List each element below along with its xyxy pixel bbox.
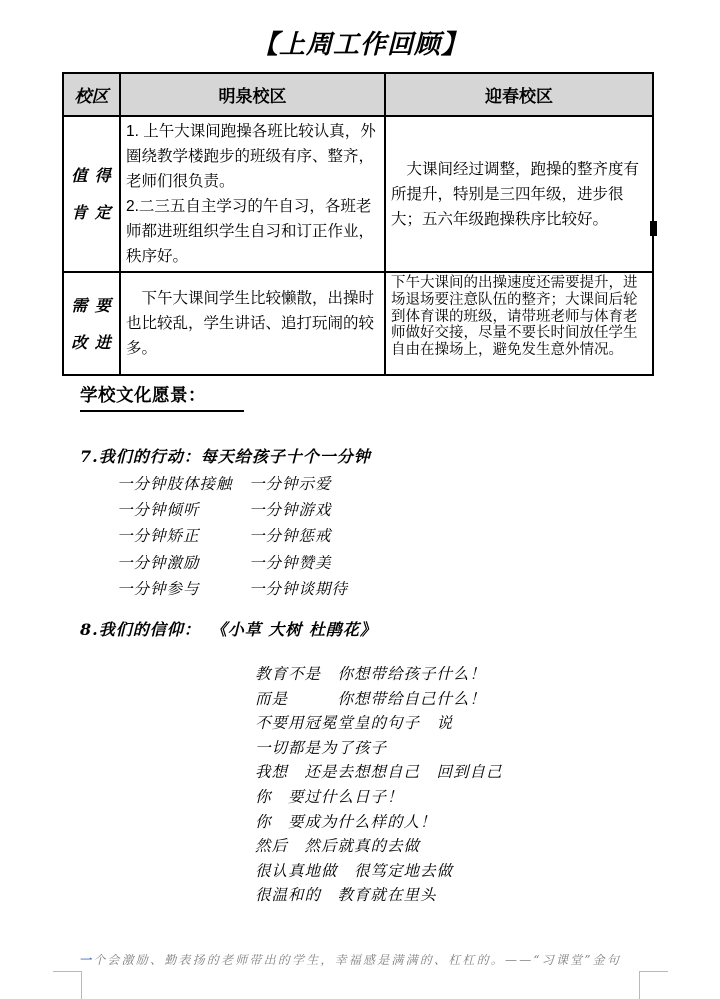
list-item: 一分钟参与 xyxy=(117,576,249,602)
list-item: 一分钟倾听 xyxy=(117,497,249,523)
row-label-line: 改 进 xyxy=(69,324,114,361)
poem-line: 然后 然后就真的去做 xyxy=(255,834,503,859)
header-mingquan-campus: 明泉校区 xyxy=(120,73,385,116)
list-item: 一分钟赞美 xyxy=(249,550,348,576)
poem-line: 不要用冠冕堂皇的句子 说 xyxy=(255,711,503,736)
list-item: 一分钟示爱 xyxy=(249,471,348,497)
poem-line: 很温和的 教育就在里头 xyxy=(255,883,503,908)
list-item: 一分钟游戏 xyxy=(249,497,348,523)
cell-mingquan-positive: 1. 上午大课间跑操各班比较认真，外圈绕教学楼跑步的班级有序、整齐，老师们很负责… xyxy=(120,116,385,272)
poem-line: 而是 你想带给自己什么！ xyxy=(255,687,503,712)
page-title: 【上周工作回顾】 xyxy=(0,28,720,62)
ten-minutes-list: 一分钟肢体接触 一分钟示爱 一分钟倾听 一分钟游戏 一分钟矫正 一分钟惩戒 一分… xyxy=(117,471,348,602)
belief-heading: 8.我们的信仰：《小草 大树 杜鹃花》 xyxy=(80,617,377,640)
document-page: 【上周工作回顾】 校区 明泉校区 迎春校区 值 得 肯 定 1. 上午大课间跑操… xyxy=(0,0,720,999)
review-table: 校区 明泉校区 迎春校区 值 得 肯 定 1. 上午大课间跑操各班比较认真，外圈… xyxy=(62,72,654,376)
list-item: 一分钟矫正 xyxy=(117,523,249,549)
page-margin-mark-left xyxy=(53,971,82,999)
row-label-worth-affirming: 值 得 肯 定 xyxy=(63,116,120,272)
poem-line: 你 要过什么日子！ xyxy=(255,785,503,810)
footer-quote-text: 个会激励、勤表扬的老师带出的学生，幸福感是满满的、杠杠的。——“习课堂”金句 xyxy=(93,953,621,967)
belief-book-title: 《小草 大树 杜鹃花》 xyxy=(219,620,377,639)
header-yingchun-campus: 迎春校区 xyxy=(385,73,653,116)
page-margin-mark-right xyxy=(639,971,668,999)
list-item: 一分钟谈期待 xyxy=(249,576,348,602)
cell-paragraph: 2.二三五自主学习的午自习，各班老师都进班组织学生自习和订正作业，秩序好。 xyxy=(126,194,379,269)
poem-line: 你 要成为什么样的人！ xyxy=(255,810,503,835)
footer-quote: 一个会激励、勤表扬的老师带出的学生，幸福感是满满的、杠杠的。——“习课堂”金句 xyxy=(79,951,621,968)
table-row-needs-improvement: 需 要 改 进 下午大课间学生比较懒散，出操时也比较乱，学生讲话、追打玩闹的较多… xyxy=(63,272,653,375)
row-label-line: 需 要 xyxy=(69,287,114,324)
row-label-line: 值 得 xyxy=(69,157,114,194)
table-header-row: 校区 明泉校区 迎春校区 xyxy=(63,73,653,116)
list-item: 一分钟惩戒 xyxy=(249,523,348,549)
belief-label: 8.我们的信仰： xyxy=(80,620,201,639)
cell-mingquan-improve: 下午大课间学生比较懒散，出操时也比较乱，学生讲话、追打玩闹的较多。 xyxy=(120,272,385,375)
poem-line: 很认真地做 很笃定地去做 xyxy=(255,859,503,884)
list-item: 一分钟肢体接触 xyxy=(117,471,249,497)
row-label-line: 肯 定 xyxy=(69,194,114,231)
row-label-needs-improvement: 需 要 改 进 xyxy=(63,272,120,375)
poem: 教育不是 你想带给孩子什么！ 而是 你想带给自己什么！ 不要用冠冕堂皇的句子 说… xyxy=(255,662,503,908)
footer-lead-char: 一 xyxy=(79,953,93,967)
poem-line: 教育不是 你想带给孩子什么！ xyxy=(255,662,503,687)
poem-line: 我想 还是去想想自己 回到自己 xyxy=(255,760,503,785)
cell-yingchun-positive: 大课间经过调整，跑操的整齐度有所提升，特别是三四年级，进步很大；五六年级跑操秩序… xyxy=(385,116,653,272)
vision-heading: 学校文化愿景： xyxy=(80,382,244,412)
table-border-artifact xyxy=(650,221,657,236)
cell-paragraph: 1. 上午大课间跑操各班比较认真，外圈绕教学楼跑步的班级有序、整齐，老师们很负责… xyxy=(126,119,379,194)
poem-line: 一切都是为了孩子 xyxy=(255,736,503,761)
table-row-worth-affirming: 值 得 肯 定 1. 上午大课间跑操各班比较认真，外圈绕教学楼跑步的班级有序、整… xyxy=(63,116,653,272)
header-campus: 校区 xyxy=(63,73,120,116)
cell-yingchun-improve: 下午大课间的出操速度还需要提升，进场退场要注意队伍的整齐；大课间后轮到体育课的班… xyxy=(385,272,653,375)
action-heading: 7.我们的行动：每天给孩子十个一分钟 xyxy=(80,444,371,467)
list-item: 一分钟激励 xyxy=(117,550,249,576)
